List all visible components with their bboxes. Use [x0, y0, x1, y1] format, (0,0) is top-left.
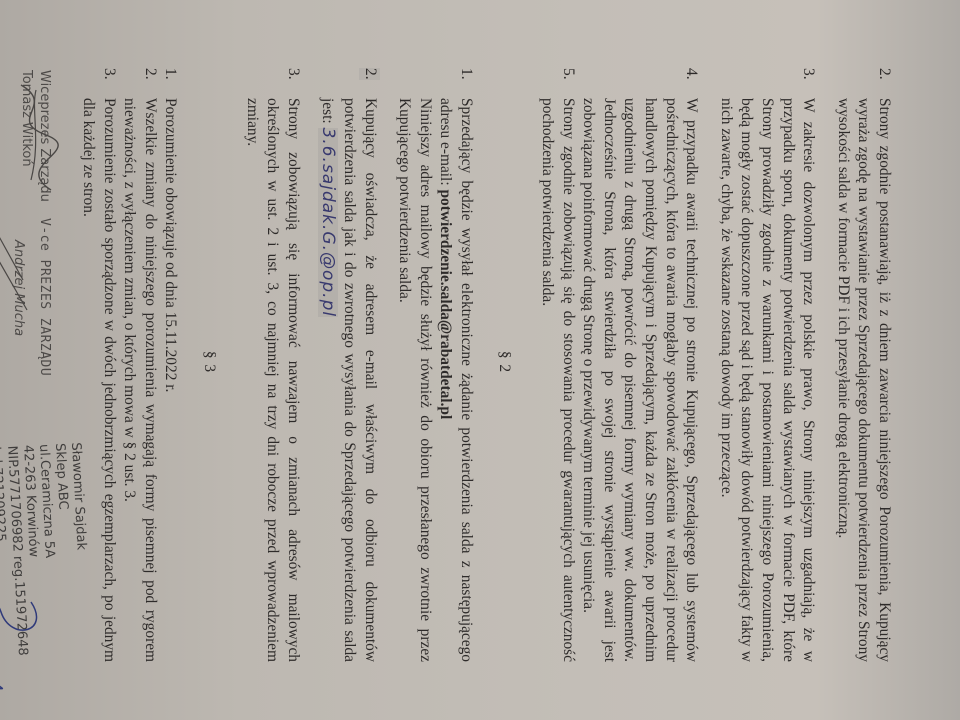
section2-item-2: 2. Kupujący oświadcza, że adresem e-mail… — [317, 62, 380, 662]
section2-list: 1. Sprzedający będzie wysyłał elektronic… — [241, 62, 476, 662]
item-text: Wszelkie zmiany do niniejszego porozumie… — [121, 98, 159, 662]
section1-list: 2.Strony zgodnie postanawiają, iż z dnie… — [715, 62, 894, 662]
item-text: Strony zgodnie zobowiązują się do stosow… — [539, 98, 577, 662]
item-number: 3. — [98, 68, 119, 80]
section2-heading: § 2 — [494, 62, 515, 662]
section3-item-1: 1.Porozumienie obowiązuje od dnia 15.11.… — [160, 62, 181, 662]
item-number: 3. — [798, 68, 819, 80]
section3-item-2: 2.Wszelkie zmiany do niniejszego porozum… — [119, 62, 160, 662]
section1-item-5: 5.Strony zgodnie zobowiązują się do stos… — [537, 62, 578, 662]
section2-item-1: 1. Sprzedający będzie wysyłał elektronic… — [394, 62, 476, 662]
seller-stamp-name-2: Andrzej Mucha — [9, 240, 27, 336]
document-content: 2.Strony zgodnie postanawiają, iż z dnie… — [0, 62, 894, 662]
buyer-email-handwritten: 3.6.sajdak.G.@op.pl — [318, 128, 338, 318]
item-number: 1. — [455, 68, 476, 80]
item-text-after: Niniejszy adres mailowy będzie służył ró… — [396, 98, 434, 662]
section3-list: 1.Porozumienie obowiązuje od dnia 15.11.… — [77, 62, 180, 662]
section2-item-3: 3. Strony zobowiązują się informować naw… — [241, 62, 303, 662]
item-number: 2. — [873, 68, 894, 80]
section1-item-2: 2.Strony zgodnie postanawiają, iż z dnie… — [832, 62, 894, 662]
section1-item-3: 3.W zakresie dozwolonym przez polskie pr… — [715, 62, 818, 662]
seller-email: potwierdzenie.salda@rabatdetal.pl — [437, 189, 454, 419]
item-number: 4. — [681, 68, 702, 80]
section3-heading: § 3 — [198, 62, 219, 662]
item-text: Strony zgodnie postanawiają, iż z dniem … — [835, 98, 893, 662]
item-number: 1. — [160, 68, 181, 80]
item-text: Strony zobowiązują się informować nawzaj… — [244, 98, 302, 662]
section1-item-4: 4.W przypadku awarii technicznej po stro… — [578, 62, 702, 662]
item-number: 5. — [557, 68, 578, 80]
item-number: 2. — [139, 68, 160, 80]
document-page: 2.Strony zgodnie postanawiają, iż z dnie… — [0, 0, 960, 720]
seller-signature-block: Wiceprezes Zarządu Tomasz Witkoń V-ce PR… — [0, 70, 53, 330]
signature-area: Wiceprezes Zarządu Tomasz Witkoń V-ce PR… — [0, 62, 71, 662]
item-text: Porozumienie obowiązuje od dnia 15.11.20… — [162, 98, 179, 392]
buyer-stamp: Sławomir Sajdak Sklep ABC ul.Ceramiczna … — [0, 442, 96, 688]
item-text: W zakresie dozwolonym przez polskie praw… — [718, 98, 817, 662]
seller-stamp: Wiceprezes Zarządu Tomasz Witkoń V-ce PR… — [17, 70, 53, 330]
section1-list-cont: 4.W przypadku awarii technicznej po stro… — [537, 62, 702, 662]
item-number: 3. — [282, 68, 303, 80]
seller-stamp-title-2: V-ce PREZES ZARZĄDU — [35, 218, 53, 376]
item-number: 2. — [359, 68, 380, 80]
item-text: W przypadku awarii technicznej po stroni… — [580, 98, 700, 662]
